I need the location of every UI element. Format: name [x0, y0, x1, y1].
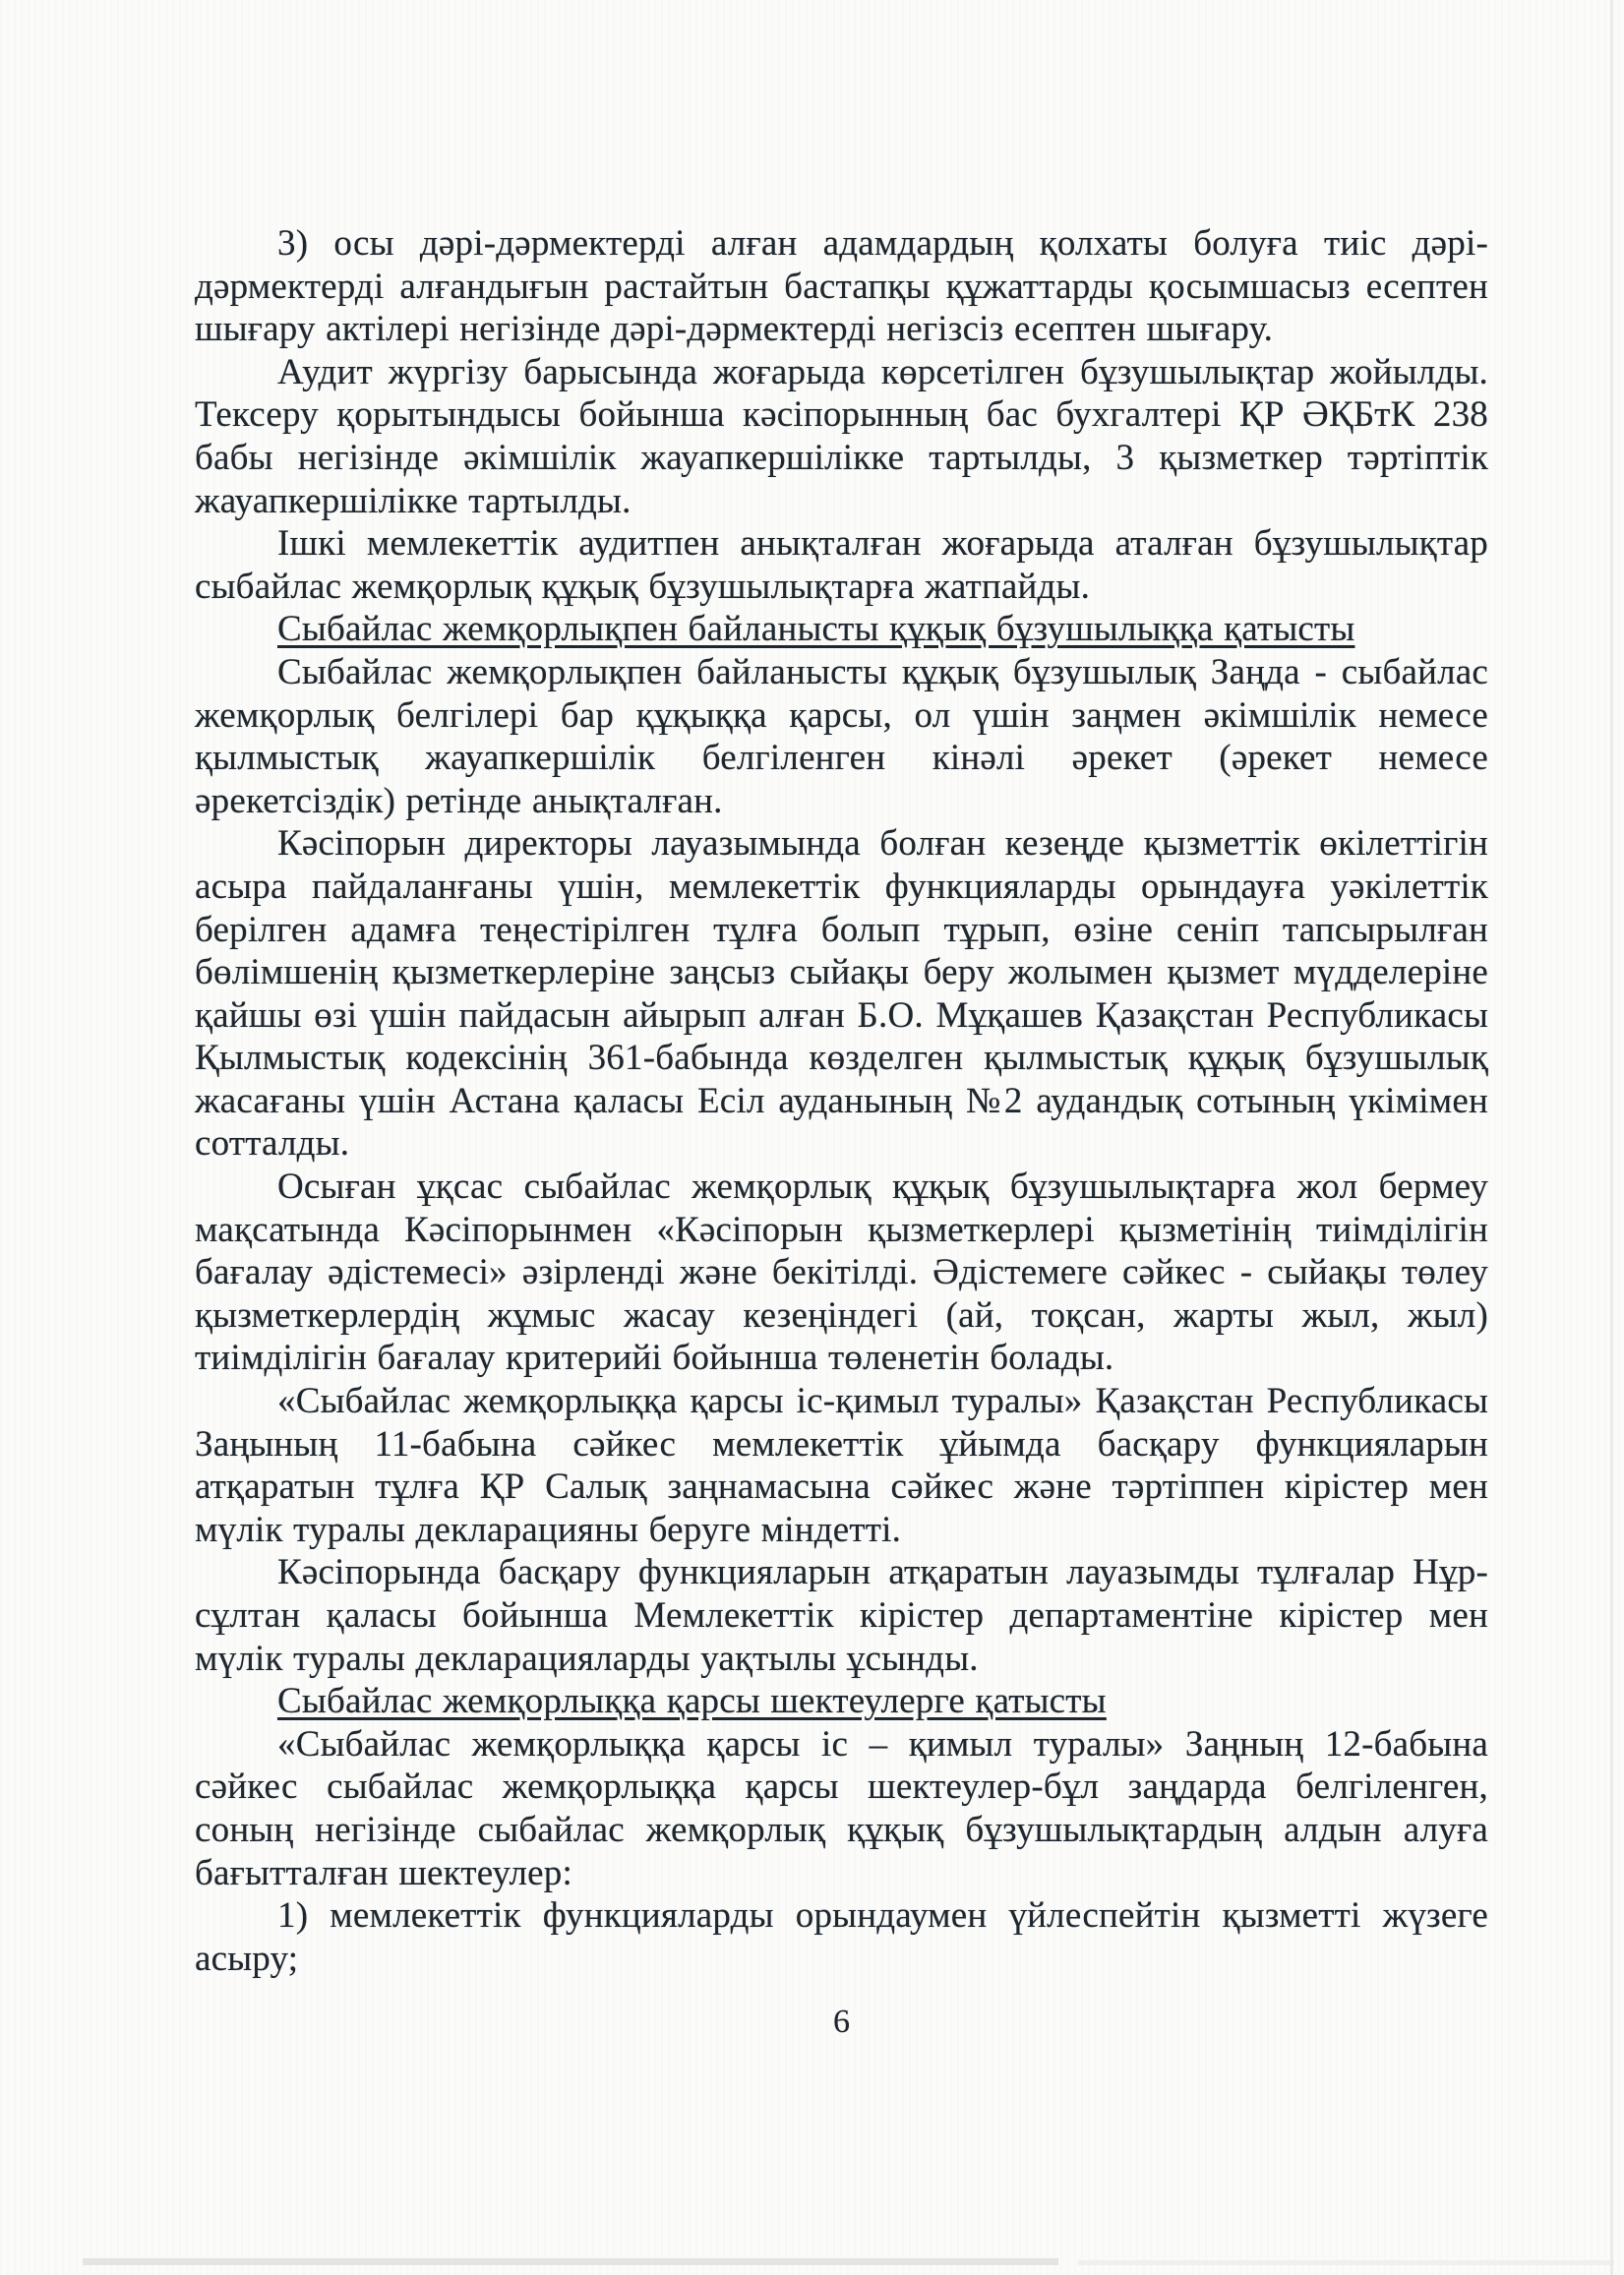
text-line: Тексеру қорытындысы бойынша кәсіпорынның… — [195, 393, 1488, 437]
text-line: Кәсіпорында басқару функцияларын атқарат… — [195, 1551, 1488, 1594]
text-line: берілген адамға теңестірілген тұлға болы… — [195, 909, 1488, 952]
text-line: атқаратын тұлға ҚР Салық заңнамасына сәй… — [195, 1466, 1488, 1509]
text-line: сыбайлас жемқорлық құқық бұзушылықтарға … — [195, 566, 1488, 609]
text-line: дәрмектерді алғандығын растайтын бастапқ… — [195, 266, 1488, 309]
paragraph: Кәсіпорында басқару функцияларын атқарат… — [195, 1551, 1488, 1680]
text-line: сотталды. — [195, 1122, 1488, 1166]
text-line: қызметкерлердің жұмыс жасау кезеңіндегі … — [195, 1294, 1488, 1338]
scanned-document-page: 3) осы дәрі-дәрмектерді алған адамдардың… — [0, 0, 1624, 2275]
scan-artifact-bottom-line-faint — [1078, 2260, 1614, 2265]
text-line: қылмыстық жауапкершілік белгіленген кінә… — [195, 737, 1488, 780]
section-heading: Сыбайлас жемқорлыққа қарсы шектеулерге қ… — [195, 1680, 1488, 1723]
text-line: 1) мемлекеттік функцияларды орындаумен ү… — [195, 1894, 1488, 1938]
paragraph: 3) осы дәрі-дәрмектерді алған адамдардың… — [195, 222, 1488, 351]
text-line: асыра пайдаланғаны үшін, мемлекеттік фун… — [195, 866, 1488, 909]
text-line: бабы негізінде әкімшілік жауапкершілікке… — [195, 437, 1488, 480]
text-line: бағытталған шектеулер: — [195, 1852, 1488, 1895]
text-line: бөлімшенің қызметкерлеріне заңсыз сыйақы… — [195, 951, 1488, 994]
text-line: қайшы өзі үшін пайдасын айырып алған Б.О… — [195, 994, 1488, 1038]
text-line: жемқорлық белгілері бар құқыққа қарсы, о… — [195, 694, 1488, 738]
text-line: тиімділігін бағалау критерийі бойынша тө… — [195, 1337, 1488, 1380]
text-line: Сыбайлас жемқорлықпен байланысты құқық б… — [195, 608, 1488, 651]
scan-artifact-right-edge — [1610, 0, 1613, 2275]
text-line: «Сыбайлас жемқорлыққа қарсы іс – қимыл т… — [195, 1723, 1488, 1766]
text-line: Сыбайлас жемқорлыққа қарсы шектеулерге қ… — [195, 1680, 1488, 1723]
paragraph: 1) мемлекеттік функцияларды орындаумен ү… — [195, 1894, 1488, 1980]
text-line: Осыған ұқсас сыбайлас жемқорлық құқық бұ… — [195, 1166, 1488, 1209]
document-text-column: 3) осы дәрі-дәрмектерді алған адамдардың… — [195, 222, 1488, 1980]
section-heading: Сыбайлас жемқорлықпен байланысты құқық б… — [195, 608, 1488, 651]
text-line: бағалау әдістемесі» әзірленді және бекіт… — [195, 1251, 1488, 1294]
text-line: «Сыбайлас жемқорлыққа қарсы іс-қимыл тур… — [195, 1380, 1488, 1423]
text-line: Қылмыстық кодексінің 361-бабында көзделг… — [195, 1037, 1488, 1080]
text-line: шығару актілері негізінде дәрі-дәрмектер… — [195, 308, 1488, 351]
scan-artifact-bottom-line — [83, 2258, 1058, 2265]
text-line: әрекетсіздік) ретінде анықталған. — [195, 780, 1488, 823]
text-line: Аудит жүргізу барысында жоғарыда көрсеті… — [195, 351, 1488, 394]
text-line: 3) осы дәрі-дәрмектерді алған адамдардың… — [195, 222, 1488, 266]
text-line: соның негізінде сыбайлас жемқорлық құқық… — [195, 1809, 1488, 1852]
text-line: жауапкершілікке тартылды. — [195, 480, 1488, 523]
text-line: Сыбайлас жемқорлықпен байланысты құқық б… — [195, 651, 1488, 694]
text-line: асыру; — [195, 1938, 1488, 1981]
paragraph: «Сыбайлас жемқорлыққа қарсы іс-қимыл тур… — [195, 1380, 1488, 1551]
text-line: мақсатында Кәсіпорынмен «Кәсіпорын қызме… — [195, 1209, 1488, 1252]
text-line: сұлтан қаласы бойынша Мемлекеттік кіріст… — [195, 1594, 1488, 1638]
paragraph: Аудит жүргізу барысында жоғарыда көрсеті… — [195, 351, 1488, 522]
text-line: жасағаны үшін Астана қаласы Есіл ауданын… — [195, 1080, 1488, 1123]
text-line: мүлік туралы декларацияларды уақтылы ұсы… — [195, 1638, 1488, 1681]
paragraph: Сыбайлас жемқорлықпен байланысты құқық б… — [195, 651, 1488, 822]
text-line: Ішкі мемлекеттік аудитпен анықталған жоғ… — [195, 522, 1488, 566]
paragraph: Ішкі мемлекеттік аудитпен анықталған жоғ… — [195, 522, 1488, 608]
paragraph: Кәсіпорын директоры лауазымында болған к… — [195, 822, 1488, 1166]
text-line: мүлік туралы декларацияны беруге міндетт… — [195, 1509, 1488, 1552]
text-line: сәйкес сыбайлас жемқорлыққа қарсы шектеу… — [195, 1766, 1488, 1809]
text-line: Заңының 11-бабына сәйкес мемлекеттік ұйы… — [195, 1423, 1488, 1467]
paragraph: Осыған ұқсас сыбайлас жемқорлық құқық бұ… — [195, 1166, 1488, 1380]
paragraph: «Сыбайлас жемқорлыққа қарсы іс – қимыл т… — [195, 1723, 1488, 1894]
text-line: Кәсіпорын директоры лауазымында болған к… — [195, 822, 1488, 866]
page-number: 6 — [195, 2003, 1488, 2042]
